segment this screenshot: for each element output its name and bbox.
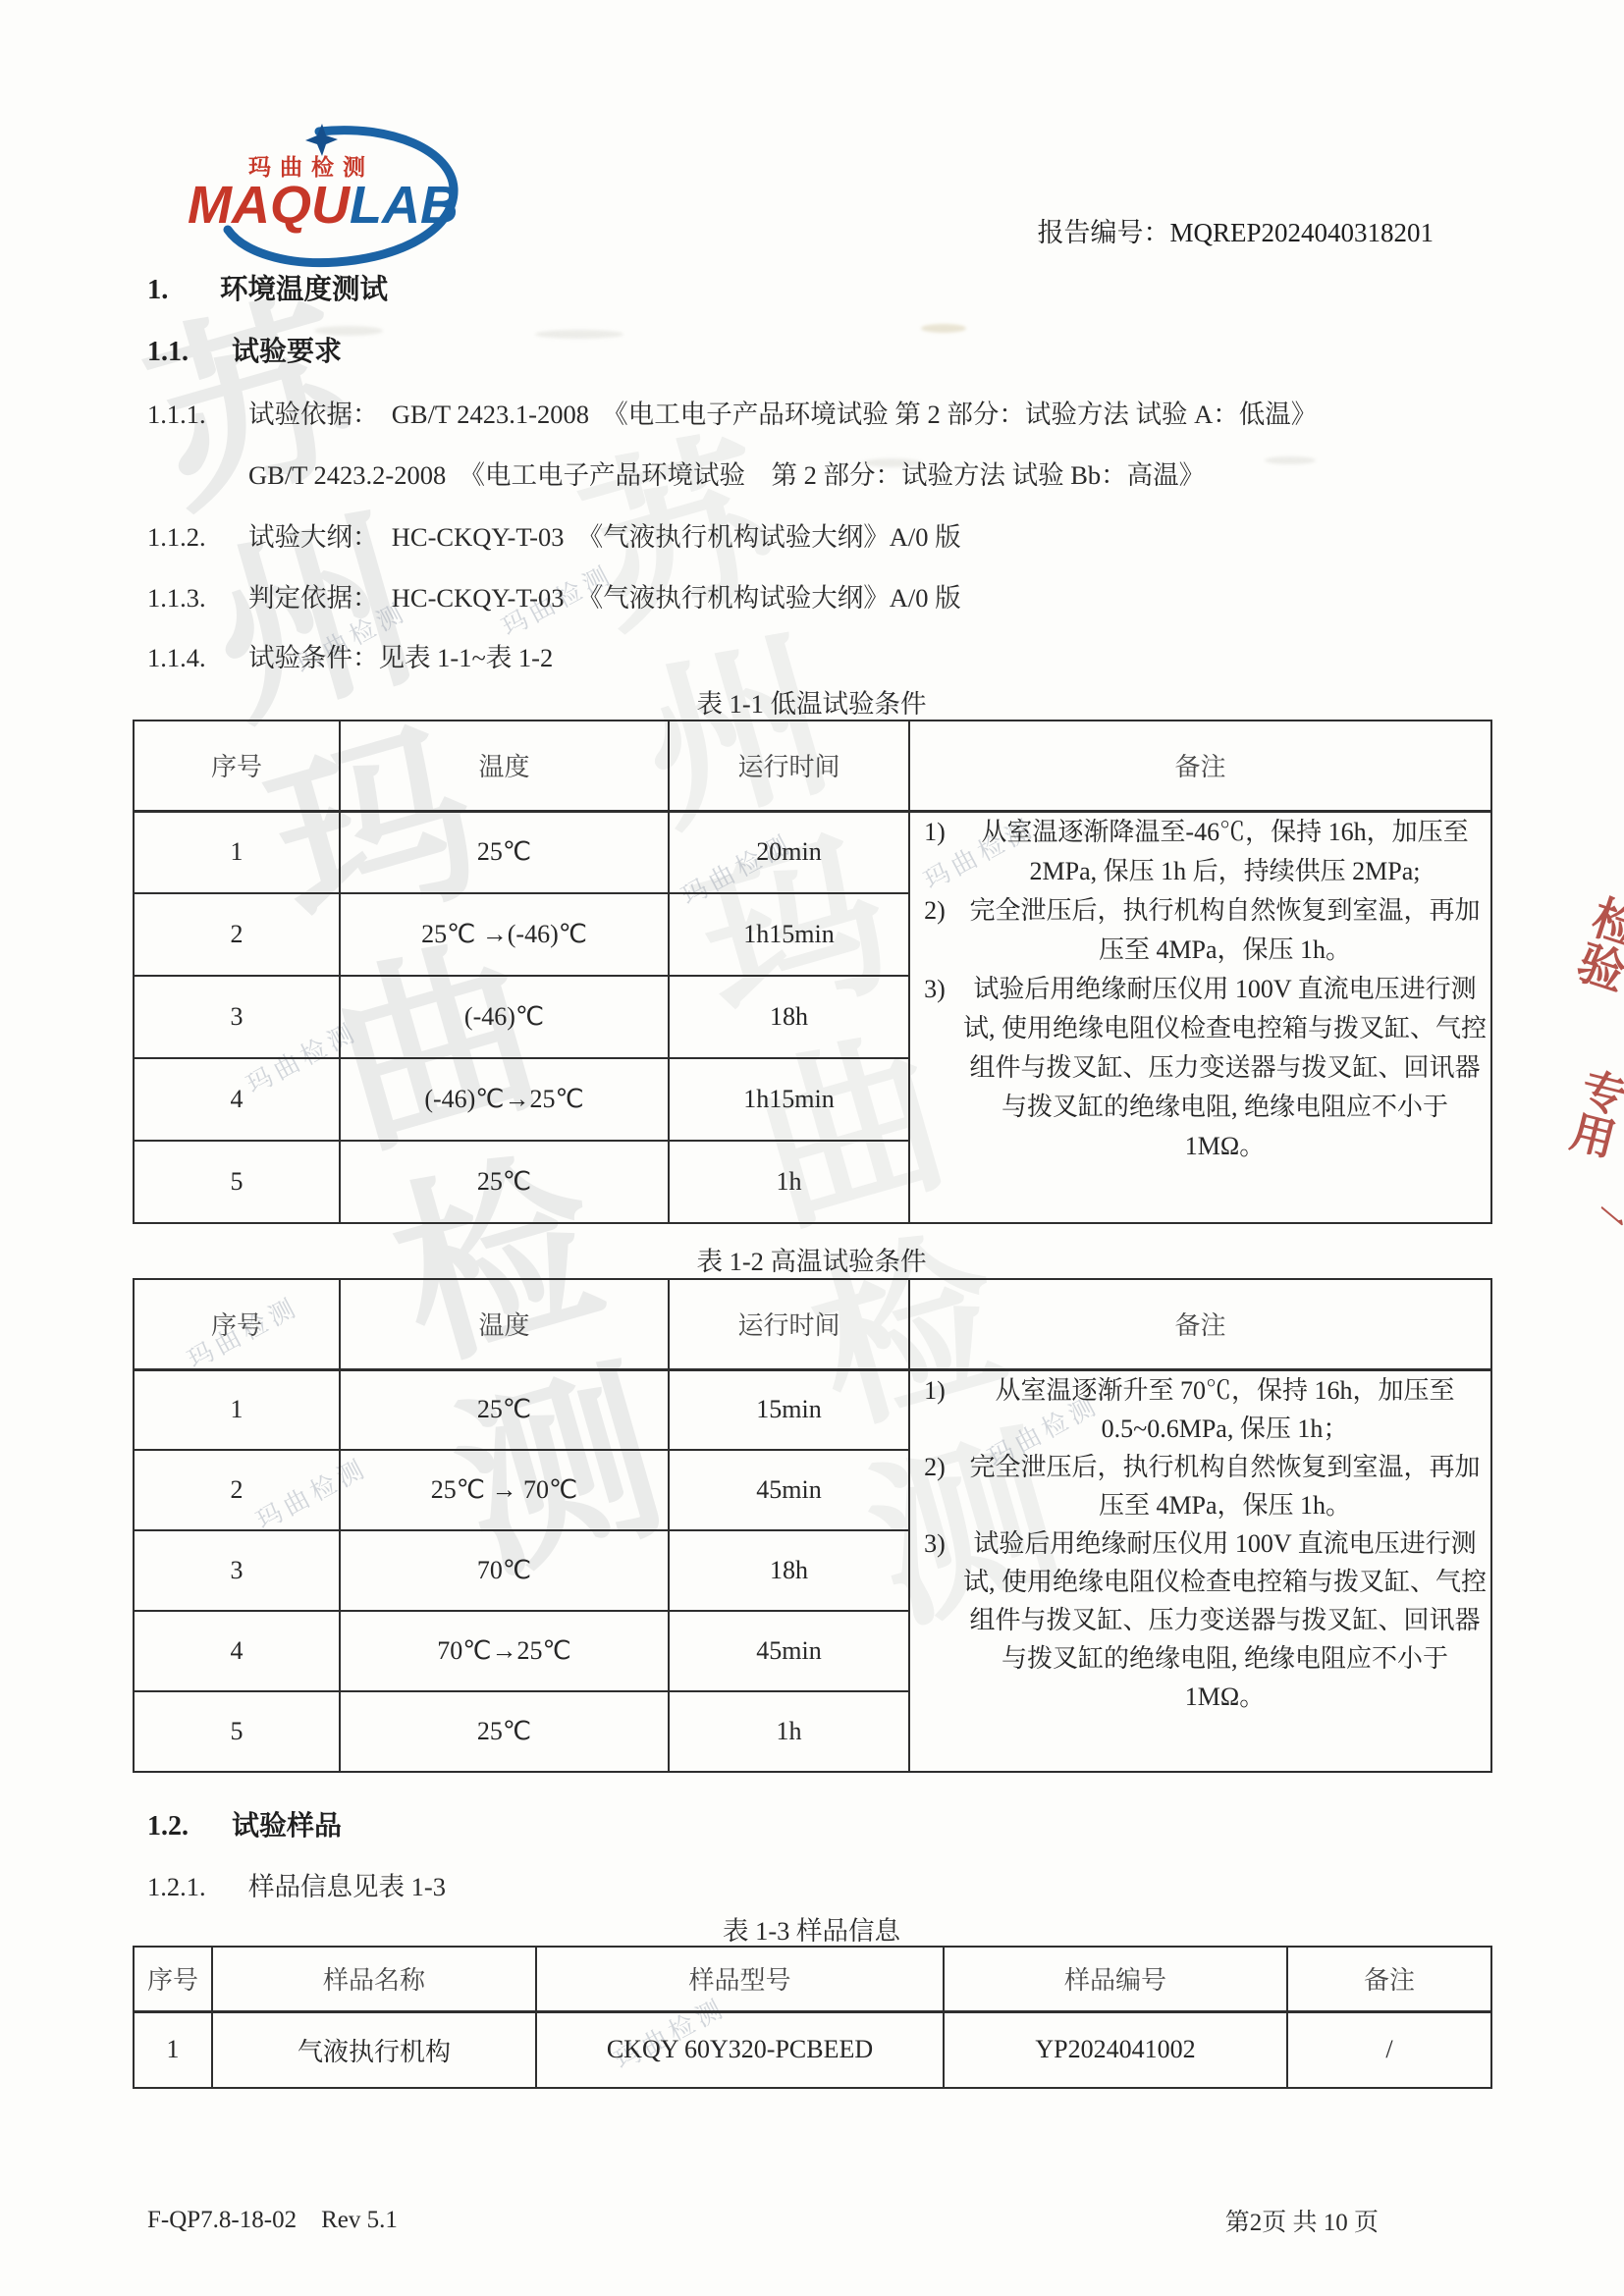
remark-text: 试验后用绝缘耐压仪用 100V 直流电压进行测试, 使用绝缘电阻仪检查电控箱与拨… xyxy=(959,1524,1490,1716)
remark-marker: 2) xyxy=(910,891,959,931)
cell-runtime: 20min xyxy=(669,811,909,893)
remarks-cell: 1)从室温逐渐升至 70℃，保持 16h，加压至 0.5~0.6MPa, 保压 … xyxy=(909,1369,1491,1772)
clause-1-1-1: 1.1.1.试验依据： GB/T 2423.1-2008 《电工电子产品环境试验… xyxy=(147,393,1317,431)
sample-info-table: 序号 样品名称 样品型号 样品编号 备注 1 气液执行机构 CKQY 60Y32… xyxy=(133,1946,1492,2089)
column-header-runtime: 运行时间 xyxy=(669,1279,909,1369)
cell-runtime: 45min xyxy=(669,1450,909,1530)
remark-marker: 1) xyxy=(910,1371,959,1410)
cell-seq: 4 xyxy=(134,1058,340,1141)
remark-text: 从室温逐渐降温至-46℃，保持 16h，加压至 2MPa, 保压 1h 后，持续… xyxy=(959,813,1490,891)
remark-item: 3)试验后用绝缘耐压仪用 100V 直流电压进行测试, 使用绝缘电阻仪检查电控箱… xyxy=(910,1524,1490,1716)
low-temp-table: 序号 温度 运行时间 备注 1 25℃ 20min 1)从室温逐渐降温至-46℃… xyxy=(133,720,1492,1224)
heading-section-1-2: 1.2.试验样品 xyxy=(147,1804,342,1843)
heading-title: 环境温度测试 xyxy=(220,275,388,305)
footer-form-number: F-QP7.8-18-02 Rev 5.1 xyxy=(147,2207,398,2234)
remark-item: 3)试验后用绝缘耐压仪用 100V 直流电压进行测试, 使用绝缘电阻仪检查电控箱… xyxy=(910,970,1490,1166)
red-stamp-fragment: 检验 xyxy=(1558,887,1624,998)
cell-seq: 1 xyxy=(134,2011,212,2088)
column-header-seq: 序号 xyxy=(134,721,340,811)
heading-number: 1.2. xyxy=(147,1811,232,1842)
remark-item: 2)完全泄压后，执行机构自然恢复到室温，再加压至 4MPa，保压 1h。 xyxy=(910,891,1490,970)
cell-sample-serial: YP2024041002 xyxy=(944,2011,1287,2088)
clause-text: 样品信息见表 1-3 xyxy=(248,1872,446,1901)
remark-item: 1)从室温逐渐降温至-46℃，保持 16h，加压至 2MPa, 保压 1h 后，… xyxy=(910,813,1490,891)
red-stamp-fragment: 一 xyxy=(1583,1189,1624,1239)
column-header-remark: 备注 xyxy=(909,721,1491,811)
cell-seq: 4 xyxy=(134,1611,340,1691)
table-row: 1 25℃ 15min 1)从室温逐渐升至 70℃，保持 16h，加压至 0.5… xyxy=(134,1369,1491,1450)
report-page: 苏州玛曲检测 苏州玛曲检测 玛曲检测 玛曲检测 玛曲检测 玛曲检测 玛曲检测 玛… xyxy=(0,0,1624,2296)
column-header-seq: 序号 xyxy=(134,1279,340,1369)
heading-section-1: 1.环境温度测试 xyxy=(147,267,388,307)
logo-latin-name: MAQULAB xyxy=(188,175,459,236)
remark-marker: 1) xyxy=(910,813,959,852)
column-header-runtime: 运行时间 xyxy=(669,721,909,811)
clause-1-1-3: 1.1.3.判定依据： HC-CKQY-T-03 《气液执行机构试验大纲》A/0… xyxy=(147,576,961,614)
table-1-2-title: 表 1-2 高温试验条件 xyxy=(133,1240,1490,1278)
column-header-sample-model: 样品型号 xyxy=(536,1947,944,2011)
cell-temperature: 25℃ xyxy=(340,1141,669,1223)
report-number-line: 报告编号：MQREP2024040318201 xyxy=(1037,211,1434,249)
cell-seq: 3 xyxy=(134,976,340,1058)
scan-smudge xyxy=(1265,456,1316,464)
clause-text: 判定依据： HC-CKQY-T-03 《气液执行机构试验大纲》A/0 版 xyxy=(248,583,961,613)
remark-text: 从室温逐渐升至 70℃，保持 16h，加压至 0.5~0.6MPa, 保压 1h… xyxy=(959,1371,1490,1448)
cell-runtime: 18h xyxy=(669,1530,909,1611)
remark-marker: 3) xyxy=(910,1524,959,1563)
clause-number: 1.1.1. xyxy=(147,400,248,430)
table-1-3-title: 表 1-3 样品信息 xyxy=(133,1909,1490,1948)
remark-item: 1)从室温逐渐升至 70℃，保持 16h，加压至 0.5~0.6MPa, 保压 … xyxy=(910,1371,1490,1448)
heading-title: 试验样品 xyxy=(232,1811,342,1842)
logo-latin-red: MAQU xyxy=(188,176,350,235)
cell-temperature: 70℃→25℃ xyxy=(340,1611,669,1691)
clause-1-1-4: 1.1.4.试验条件：见表 1-1~表 1-2 xyxy=(147,636,553,674)
heading-number: 1. xyxy=(147,275,220,306)
cell-temperature: 25℃ xyxy=(340,1369,669,1450)
column-header-remark: 备注 xyxy=(909,1279,1491,1369)
cell-temperature: (-46)℃→25℃ xyxy=(340,1058,669,1141)
logo-latin-blue: LAB xyxy=(350,176,459,235)
heading-title: 试验要求 xyxy=(232,337,342,367)
report-number-value: MQREP2024040318201 xyxy=(1169,218,1434,247)
remark-item: 2)完全泄压后，执行机构自然恢复到室温，再加压至 4MPa，保压 1h。 xyxy=(910,1448,1490,1524)
table-header-row: 序号 样品名称 样品型号 样品编号 备注 xyxy=(134,1947,1491,2011)
heading-section-1-1: 1.1.试验要求 xyxy=(147,330,342,369)
clause-text: 试验条件：见表 1-1~表 1-2 xyxy=(248,643,553,672)
table-row: 1 25℃ 20min 1)从室温逐渐降温至-46℃，保持 16h，加压至 2M… xyxy=(134,811,1491,893)
column-header-temperature: 温度 xyxy=(340,721,669,811)
cell-seq: 1 xyxy=(134,811,340,893)
cell-runtime: 45min xyxy=(669,1611,909,1691)
cell-seq: 1 xyxy=(134,1369,340,1450)
clause-1-2-1: 1.2.1.样品信息见表 1-3 xyxy=(147,1865,446,1903)
cell-sample-model: CKQY 60Y320-PCBEED xyxy=(536,2011,944,2088)
clause-text: 试验依据： GB/T 2423.1-2008 《电工电子产品环境试验 第 2 部… xyxy=(248,400,1317,429)
scan-smudge xyxy=(535,330,623,339)
clause-1-1-1-cont: GB/T 2423.2-2008 《电工电子产品环境试验 第 2 部分：试验方法… xyxy=(147,454,1205,492)
cell-remark: / xyxy=(1287,2011,1491,2088)
cell-runtime: 1h xyxy=(669,1141,909,1223)
table-1-1-title: 表 1-1 低温试验条件 xyxy=(133,682,1490,721)
table-header-row: 序号 温度 运行时间 备注 xyxy=(134,721,1491,811)
clause-1-1-2: 1.1.2.试验大纲： HC-CKQY-T-03 《气液执行机构试验大纲》A/0… xyxy=(147,515,961,554)
cell-seq: 3 xyxy=(134,1530,340,1611)
clause-number: 1.1.4. xyxy=(147,643,248,673)
cell-runtime: 15min xyxy=(669,1369,909,1450)
heading-number: 1.1. xyxy=(147,337,232,368)
clause-text: 试验大纲： HC-CKQY-T-03 《气液执行机构试验大纲》A/0 版 xyxy=(248,522,961,552)
clause-text: GB/T 2423.2-2008 《电工电子产品环境试验 第 2 部分：试验方法… xyxy=(248,460,1205,490)
cell-temperature: 25℃ → 70℃ xyxy=(340,1450,669,1530)
cell-temperature: 25℃ →(-46)℃ xyxy=(340,893,669,976)
cell-sample-name: 气液执行机构 xyxy=(212,2011,536,2088)
report-number-label: 报告编号： xyxy=(1037,218,1169,247)
cell-runtime: 18h xyxy=(669,976,909,1058)
table-row: 1 气液执行机构 CKQY 60Y320-PCBEED YP2024041002… xyxy=(134,2011,1491,2088)
remark-text: 试验后用绝缘耐压仪用 100V 直流电压进行测试, 使用绝缘电阻仪检查电控箱与拨… xyxy=(959,970,1490,1166)
red-stamp-fragment: 专用 xyxy=(1553,1061,1624,1162)
remark-text: 完全泄压后，执行机构自然恢复到室温，再加压至 4MPa，保压 1h。 xyxy=(959,891,1490,970)
cell-runtime: 1h15min xyxy=(669,1058,909,1141)
column-header-sample-name: 样品名称 xyxy=(212,1947,536,2011)
cell-runtime: 1h15min xyxy=(669,893,909,976)
cell-temperature: 25℃ xyxy=(340,811,669,893)
column-header-remark: 备注 xyxy=(1287,1947,1491,2011)
table-header-row: 序号 温度 运行时间 备注 xyxy=(134,1279,1491,1369)
column-header-seq: 序号 xyxy=(134,1947,212,2011)
high-temp-table: 序号 温度 运行时间 备注 1 25℃ 15min 1)从室温逐渐升至 70℃，… xyxy=(133,1278,1492,1773)
clause-number: 1.2.1. xyxy=(147,1872,248,1902)
remark-marker: 3) xyxy=(910,970,959,1009)
cell-seq: 5 xyxy=(134,1691,340,1772)
scan-smudge xyxy=(921,324,966,333)
footer-page-number: 第2页 共 10 页 xyxy=(1225,2203,1379,2238)
clause-number: 1.1.3. xyxy=(147,583,248,614)
cell-runtime: 1h xyxy=(669,1691,909,1772)
cell-seq: 5 xyxy=(134,1141,340,1223)
cell-temperature: 70℃ xyxy=(340,1530,669,1611)
clause-number: 1.1.2. xyxy=(147,522,248,553)
remarks-cell: 1)从室温逐渐降温至-46℃，保持 16h，加压至 2MPa, 保压 1h 后，… xyxy=(909,811,1491,1223)
remark-marker: 2) xyxy=(910,1448,959,1486)
cell-seq: 2 xyxy=(134,1450,340,1530)
cell-seq: 2 xyxy=(134,893,340,976)
cell-temperature: 25℃ xyxy=(340,1691,669,1772)
cell-temperature: (-46)℃ xyxy=(340,976,669,1058)
column-header-temperature: 温度 xyxy=(340,1279,669,1369)
column-header-sample-serial: 样品编号 xyxy=(944,1947,1287,2011)
remark-text: 完全泄压后，执行机构自然恢复到室温，再加压至 4MPa，保压 1h。 xyxy=(959,1448,1490,1524)
maqulab-logo: 玛曲检测 MAQULAB xyxy=(172,128,466,265)
